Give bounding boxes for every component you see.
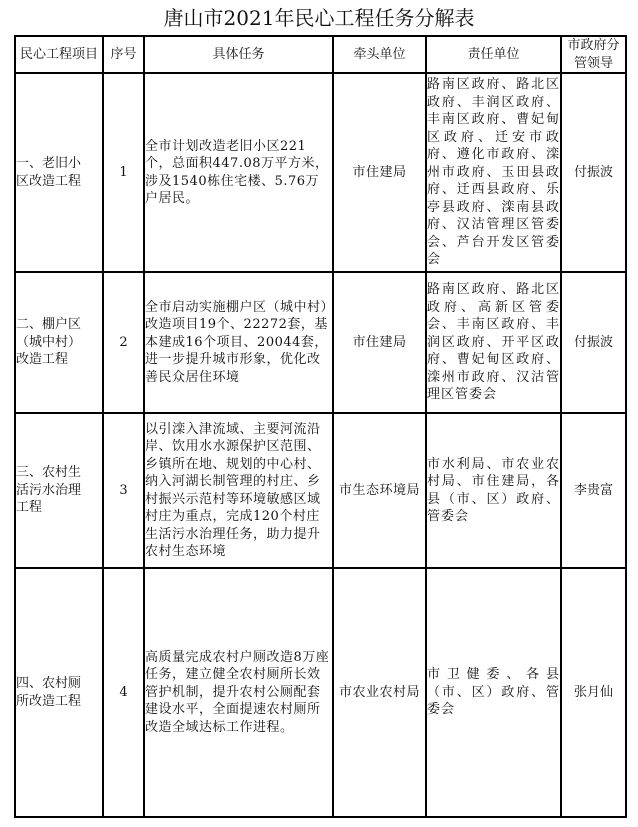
lead-unit-cell: 市住建局: [333, 272, 426, 413]
lead-unit-cell: 市生态环境局: [333, 413, 426, 568]
responsible-units-cell: 路南区政府、路北区政府、丰润区政府、丰南区政府、曹妃甸区政府、迁安市政府、遵化市…: [426, 73, 561, 272]
lead-unit-cell: 市农业农村局: [333, 568, 426, 817]
project-cell: 一、老旧小 区改造工程: [15, 73, 103, 272]
leader-cell: 李贵富: [561, 413, 626, 568]
responsible-units-cell: 路南区政府、路北区政府、高新区管委会、丰南区政府、丰润区政府、开平区政府、曹妃甸…: [426, 272, 561, 413]
table-row: 二、棚户区 （城中村） 改造工程 2 全市启动实施棚户区（城中村）改造项目19个…: [15, 272, 626, 413]
table-row: 一、老旧小 区改造工程 1 全市计划改造老旧小区221个，总面积447.08万平…: [15, 73, 626, 272]
leader-cell: 付振波: [561, 73, 626, 272]
project-cell: 四、农村厕 所改造工程: [15, 568, 103, 817]
task-cell: 全市计划改造老旧小区221个，总面积447.08万平方米，涉及1540栋住宅楼、…: [144, 73, 333, 272]
header-lead-unit: 牵头单位: [333, 36, 426, 73]
seq-cell: 2: [103, 272, 144, 413]
responsible-units-cell: 市卫健委、各县（市、区）政府、管委会: [426, 568, 561, 817]
header-seq: 序号: [103, 36, 144, 73]
seq-cell: 1: [103, 73, 144, 272]
task-breakdown-table: 民心工程项目 序号 具体任务 牵头单位 责任单位 市政府分 管领导 一、老旧小 …: [14, 35, 627, 818]
header-project: 民心工程项目: [15, 36, 103, 73]
table-row: 三、农村生 活污水治理 工程 3 以引滦入津流域、主要河流沿岸、饮用水水源保护区…: [15, 413, 626, 568]
header-task: 具体任务: [144, 36, 333, 73]
responsible-units-cell: 市水利局、市农业农村局、市住建局，各县（市、区）政府、管委会: [426, 413, 561, 568]
leader-cell: 张月仙: [561, 568, 626, 817]
table-row: 四、农村厕 所改造工程 4 高质量完成农村户厕改造8万座任务，建立健全农村厕所长…: [15, 568, 626, 817]
leader-cell: 付振波: [561, 272, 626, 413]
project-cell: 二、棚户区 （城中村） 改造工程: [15, 272, 103, 413]
header-leader: 市政府分 管领导: [561, 36, 626, 73]
task-cell: 以引滦入津流域、主要河流沿岸、饮用水水源保护区范围、乡镇所在地、规划的中心村、纳…: [144, 413, 333, 568]
seq-cell: 4: [103, 568, 144, 817]
document-title: 唐山市2021年民心工程任务分解表: [0, 4, 638, 32]
seq-cell: 3: [103, 413, 144, 568]
lead-unit-cell: 市住建局: [333, 73, 426, 272]
header-row: 民心工程项目 序号 具体任务 牵头单位 责任单位 市政府分 管领导: [15, 36, 626, 73]
project-cell: 三、农村生 活污水治理 工程: [15, 413, 103, 568]
header-responsible-units: 责任单位: [426, 36, 561, 73]
task-cell: 高质量完成农村户厕改造8万座任务，建立健全农村厕所长效管护机制，提升农村公厕配套…: [144, 568, 333, 817]
task-cell: 全市启动实施棚户区（城中村）改造项目19个、22272套，基本建成16个项目、2…: [144, 272, 333, 413]
